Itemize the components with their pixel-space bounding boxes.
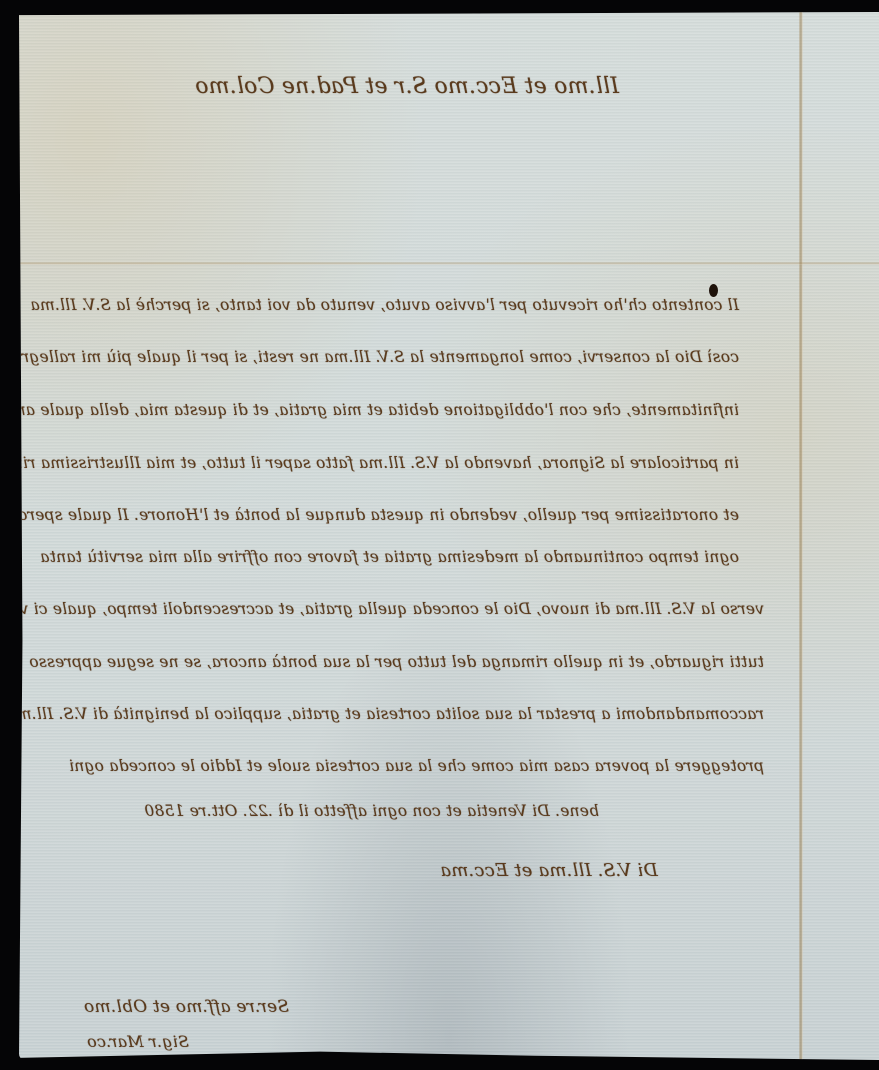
body-line-2: così Dio la conservi, come longamente la…	[39, 348, 739, 366]
body-line-10: proteggere la povera casa mia come che l…	[24, 757, 764, 775]
body-line-6: ogni tempo continuando la medesima grati…	[39, 548, 739, 566]
body-line-8: tutti riguardo, et in quello rimanga del…	[24, 653, 764, 671]
vertical-fold-crease	[799, 12, 803, 1060]
body-line-5: et onoratissime per quello, vedendo in q…	[39, 506, 739, 524]
body-line-9: raccomandandomi a prestar la sua solita …	[24, 705, 764, 723]
signature-line-2: Sig.r Mar.co	[59, 1032, 189, 1051]
body-line-7: verso la V.S. Ill.ma di nuovo, Dio le co…	[24, 600, 764, 618]
letter-paper: Ill.mo et Ecc.mo S.r et Pad.ne Col.mo Il…	[19, 12, 879, 1060]
body-line-11-date: bene. Di Venetia et con ogni affetto il …	[129, 802, 599, 820]
body-line-1: Il contento ch'ho ricevuto per l'avviso …	[39, 296, 739, 314]
signature-line-1: Ser.re aff.mo et Obl.mo	[69, 997, 289, 1017]
salutation-heading: Ill.mo et Ecc.mo S.r et Pad.ne Col.mo	[329, 74, 619, 99]
closing-formula: Di V.S. Ill.ma et Ecc.ma	[439, 860, 659, 881]
body-line-3: infinitamente, che con l'obbligatione de…	[39, 401, 739, 419]
body-line-4: in particolare la Signora, havendo la V.…	[39, 454, 739, 472]
horizontal-fold-crease	[19, 262, 879, 265]
